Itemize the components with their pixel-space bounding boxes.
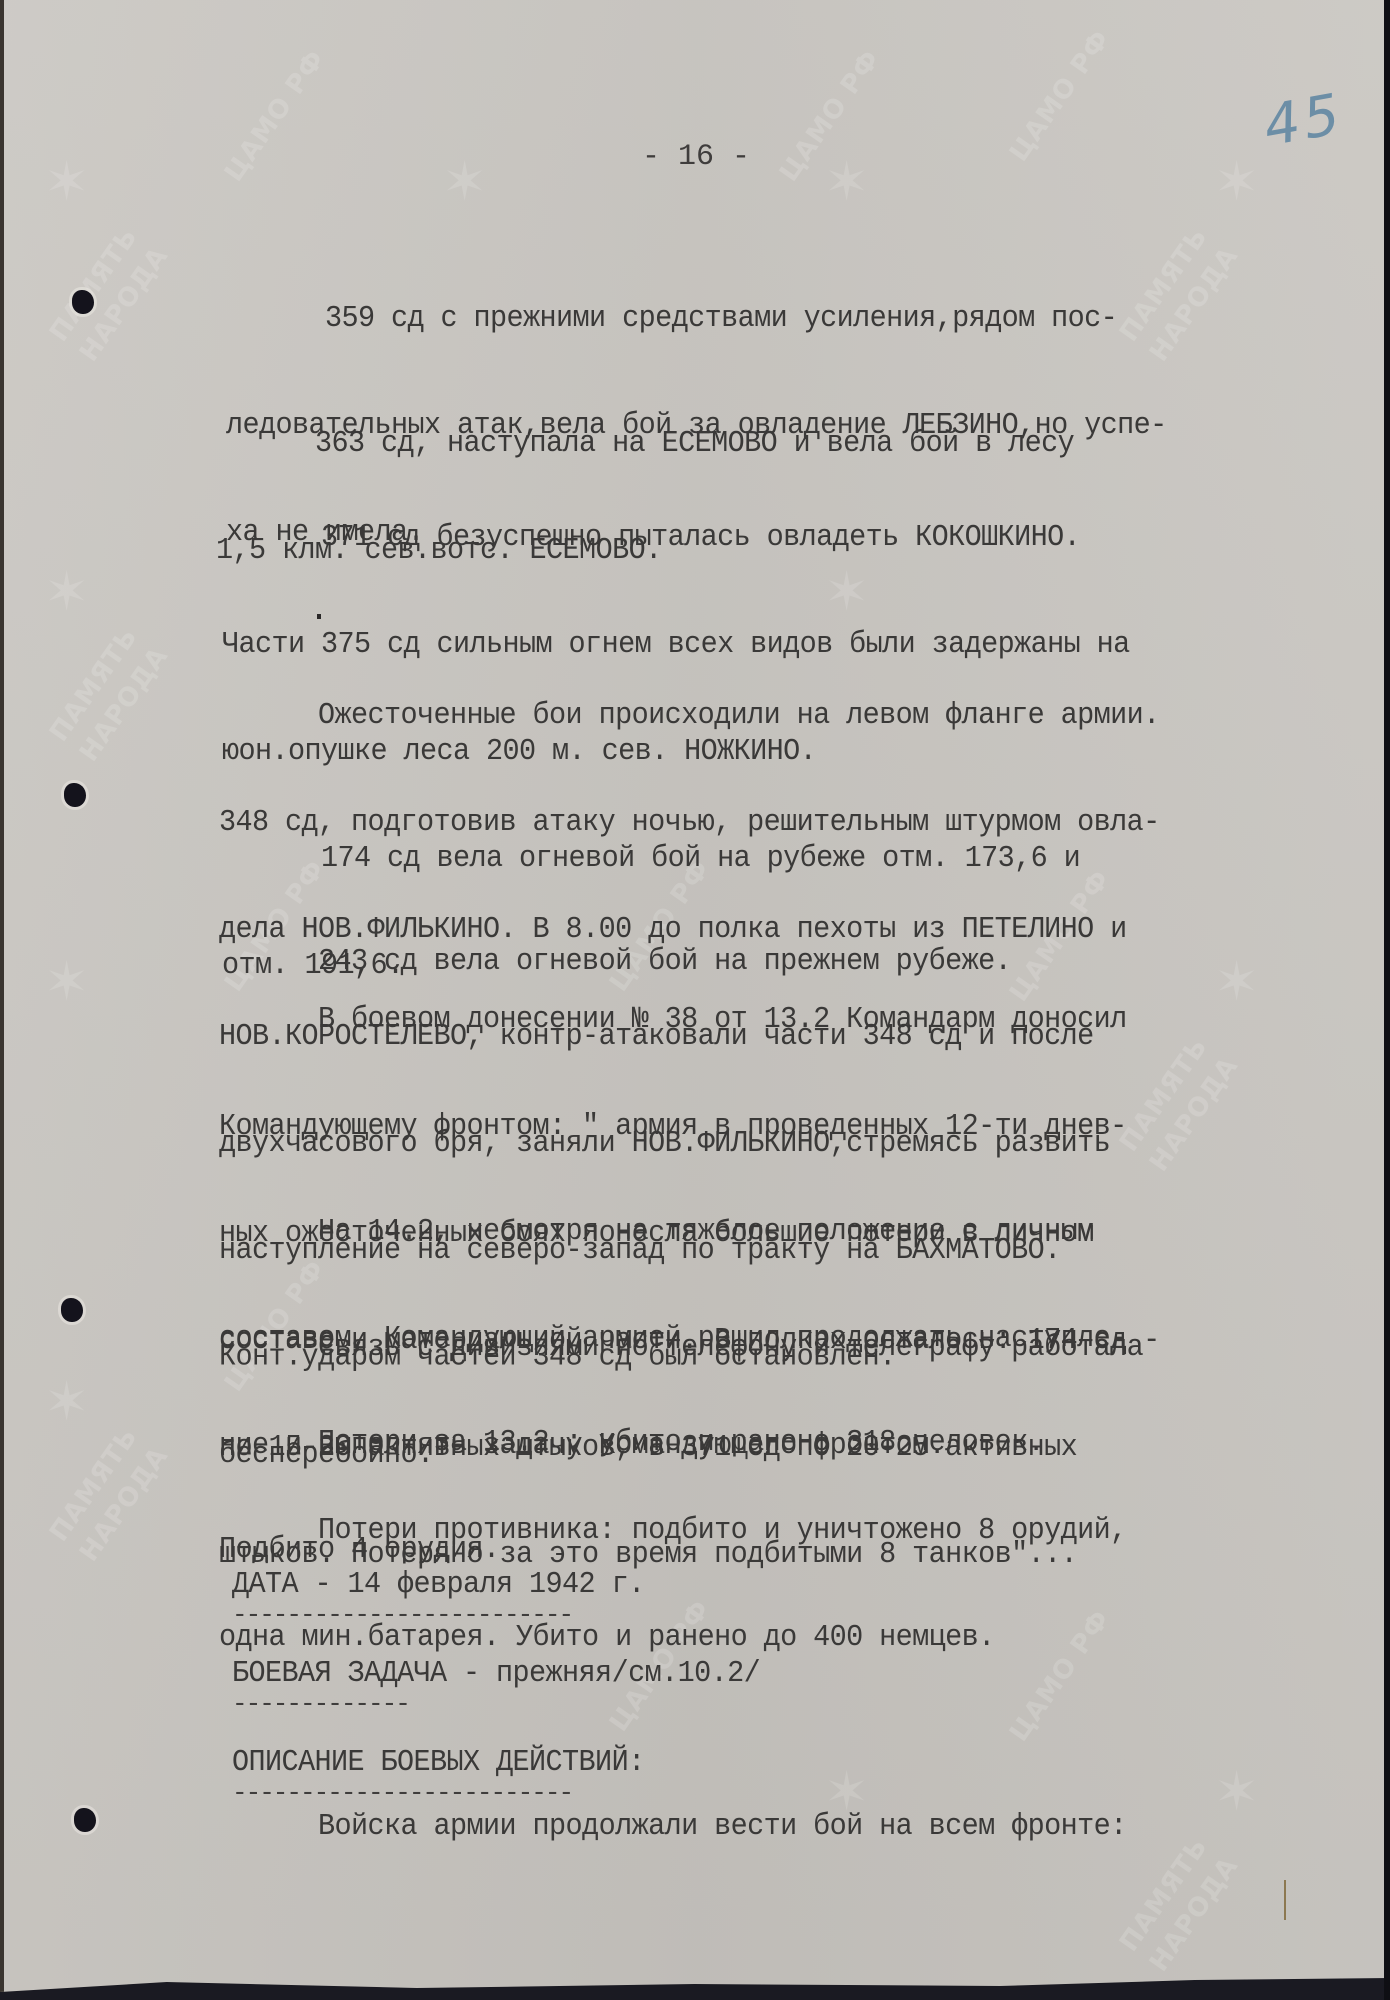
punch-hole	[64, 783, 86, 807]
page-number: - 16 -	[642, 140, 750, 174]
text-line: В боевом донесении № 38 от 13.2 Командар…	[219, 1001, 1160, 1037]
text-line: 348 сд, подготовив атаку ночью, решитель…	[219, 804, 1160, 840]
watermark-project: ПАМЯТЬ	[44, 622, 144, 747]
watermark-star-icon: ✶	[44, 1370, 89, 1433]
punch-hole	[74, 1808, 96, 1832]
operations-heading: ОПИСАНИЕ БОЕВЫХ ДЕЙСТВИЙ:	[232, 1744, 645, 1780]
text-line: На 14.2, несмотря на тяжелое положение с…	[219, 1213, 1127, 1249]
closing-line: Войска армии продолжали вести бой на все…	[219, 1808, 1127, 1844]
watermark-project: НАРОДА	[74, 1442, 174, 1568]
watermark-star-icon: ✶	[44, 150, 89, 213]
watermark-star-icon: ✶	[44, 560, 89, 623]
text-line: 359 сд с прежними средствами усиления,ря…	[226, 300, 1167, 336]
document-page: ЦАМО РФ ЦАМО РФ ЦАМО РФ ЦАМО РФ ЦАМО РФ …	[0, 0, 1389, 1992]
watermark-project: НАРОДА	[1144, 1852, 1244, 1978]
watermark-star-icon: ✶	[1214, 150, 1259, 213]
combat-task-underline: -------------	[232, 1689, 409, 1719]
watermark-star-icon: ✶	[824, 150, 869, 213]
watermark-archive: ЦАМО РФ	[1004, 25, 1116, 168]
watermark-project: ПАМЯТЬ	[44, 222, 144, 347]
watermark-star-icon: ✶	[1214, 950, 1259, 1013]
watermark-project: ПАМЯТЬ	[1114, 1832, 1214, 1957]
watermark-star-icon: ✶	[1214, 1760, 1259, 1823]
text-line: 371 сд безуспешно пыталась овладеть КОКО…	[222, 519, 1130, 555]
punch-hole	[72, 290, 94, 314]
watermark-star-icon: ✶	[44, 950, 89, 1013]
operations-heading-underline: -------------------------	[232, 1778, 572, 1808]
date-heading: ДАТА - 14 февраля 1942 г.	[232, 1566, 645, 1602]
watermark-project: ПАМЯТЬ	[44, 1422, 144, 1547]
watermark-project: НАРОДА	[74, 642, 174, 768]
text-line: Ожесточенные бои происходили на левом фл…	[219, 697, 1160, 733]
page-edge-shadow	[1384, 0, 1390, 2000]
punch-hole	[61, 1298, 83, 1322]
pencil-mark	[1284, 1880, 1286, 1920]
watermark-archive: ЦАМО РФ	[774, 45, 886, 188]
folio-number: 45	[1259, 82, 1348, 160]
watermark-star-icon: ✶	[442, 150, 487, 213]
combat-task-heading: БОЕВАЯ ЗАДАЧА - прежняя/см.10.2/	[232, 1655, 760, 1691]
text-line: Потери противника: подбито и уничтожено …	[219, 1512, 1127, 1548]
text-line: Командующему фронтом: " армия в проведен…	[219, 1108, 1160, 1144]
date-heading-underline: -------------------------	[232, 1600, 572, 1630]
watermark-archive: ЦАМО РФ	[219, 45, 331, 188]
